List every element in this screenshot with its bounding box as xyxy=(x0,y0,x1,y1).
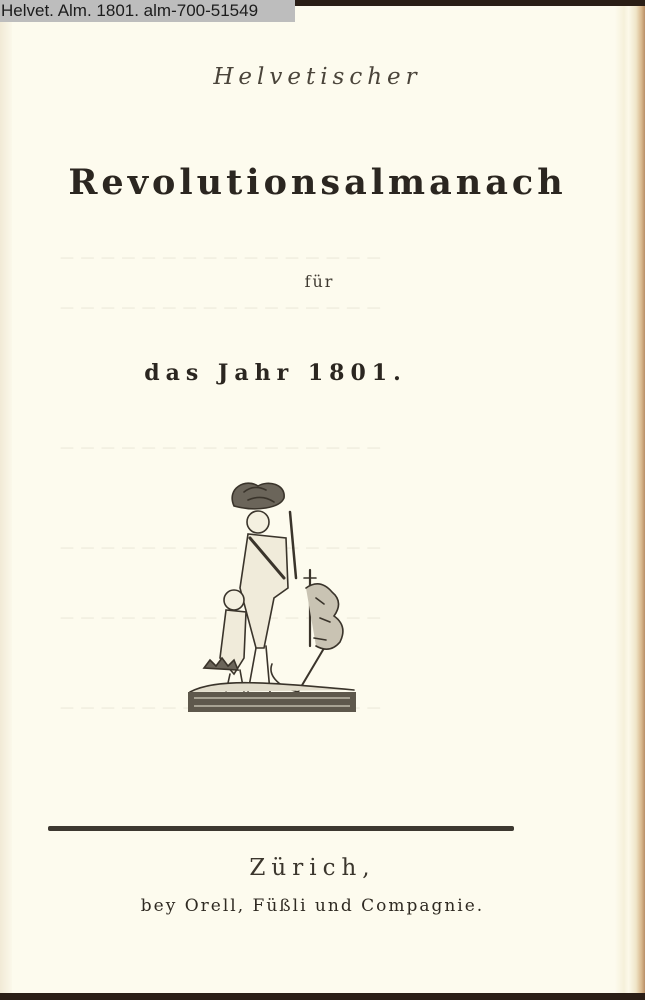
show-through-text: — — — — — — — — — — — — — — — — xyxy=(60,300,530,316)
page-fore-edge xyxy=(615,0,645,1000)
woodcut-vignette-image xyxy=(186,478,358,716)
imprint-place: Zürich, xyxy=(0,855,635,881)
title-line-fuer: für xyxy=(0,272,642,291)
show-through-text: — — — — — — — — — — — — — — — — xyxy=(60,440,530,456)
title-line-year: das Jahr 1801. xyxy=(0,360,598,386)
title-main: Revolutionsalmanach xyxy=(0,162,640,203)
book-page: — — — — — — — — — — — — — — — — — — — — … xyxy=(0,0,645,1000)
page-gutter xyxy=(0,0,12,1000)
catalog-label: Helvet. Alm. 1801. alm-700-51549 xyxy=(0,0,295,22)
binding-shadow-top xyxy=(295,0,645,6)
horizontal-rule xyxy=(48,826,514,831)
title-line-helvetischer: Helvetischer xyxy=(0,64,640,90)
show-through-text: — — — — — — — — — — — — — — — — xyxy=(60,250,530,266)
binding-shadow-bottom xyxy=(0,993,645,1000)
imprint-publisher: bey Orell, Füßli und Compagnie. xyxy=(0,896,635,916)
